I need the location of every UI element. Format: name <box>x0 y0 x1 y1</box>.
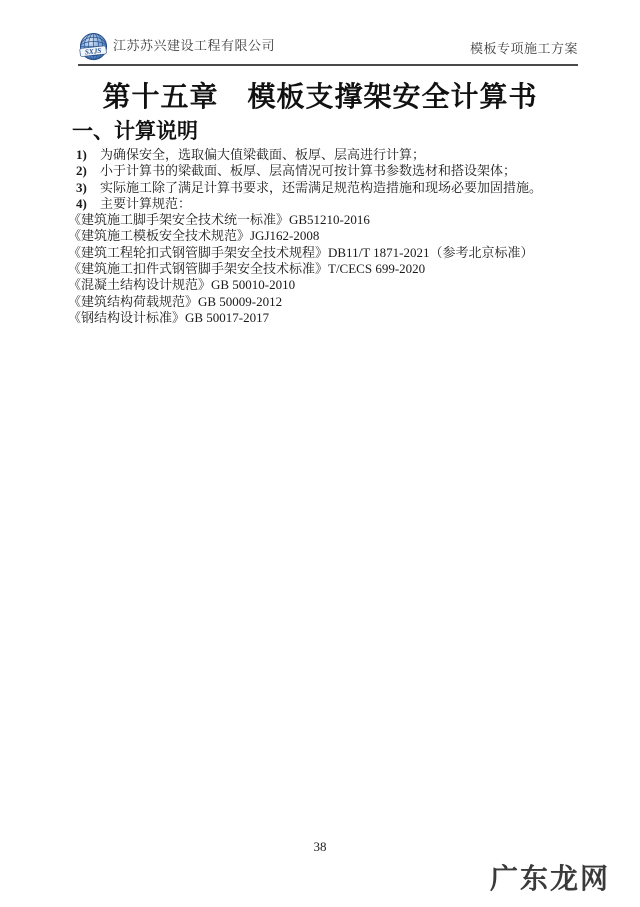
section-heading: 一、计算说明 <box>72 118 578 144</box>
chapter-title: 第十五章 模板支撑架安全计算书 <box>62 80 578 116</box>
list-item-number: 1) <box>76 147 100 163</box>
document-type-label: 模板专项施工方案 <box>470 38 578 57</box>
document-body: 第十五章 模板支撑架安全计算书 一、计算说明 1)为确保安全，选取偏大值梁截面、… <box>62 74 578 326</box>
list-item-text: 小于计算书的梁截面、板厚、层高情况可按计算书参数选材和搭设架体； <box>100 163 516 178</box>
standard-item: 《建筑施工模板安全技术规范》JGJ162-2008 <box>68 228 578 244</box>
header-left: SXJS 江苏苏兴建设工程有限公司 <box>78 32 275 57</box>
standard-item: 《建筑施工脚手架安全技术统一标准》GB51210-2016 <box>68 212 578 228</box>
company-name: 江苏苏兴建设工程有限公司 <box>113 35 275 54</box>
list-item: 1)为确保安全，选取偏大值梁截面、板厚、层高进行计算； <box>76 147 578 163</box>
standard-item: 《建筑结构荷载规范》GB 50009-2012 <box>68 294 578 310</box>
page-number: 38 <box>0 839 640 855</box>
list-item-text: 主要计算规范： <box>100 196 191 211</box>
list-item-text: 为确保安全，选取偏大值梁截面、板厚、层高进行计算； <box>100 147 425 162</box>
standard-item: 《混凝土结构设计规范》GB 50010-2010 <box>68 277 578 293</box>
list-item-number: 2) <box>76 163 100 179</box>
list-item: 2)小于计算书的梁截面、板厚、层高情况可按计算书参数选材和搭设架体； <box>76 163 578 179</box>
calculation-notes-list: 1)为确保安全，选取偏大值梁截面、板厚、层高进行计算； 2)小于计算书的梁截面、… <box>62 147 578 212</box>
standard-item: 《建筑施工扣件式钢管脚手架安全技术标准》T/CECS 699-2020 <box>68 261 578 277</box>
list-item-number: 3) <box>76 180 100 196</box>
document-page: SXJS 江苏苏兴建设工程有限公司 模板专项施工方案 第十五章 模板支撑架安全计… <box>0 0 640 907</box>
standard-item: 《钢结构设计标准》GB 50017-2017 <box>68 310 578 326</box>
standards-list: 《建筑施工脚手架安全技术统一标准》GB51210-2016 《建筑施工模板安全技… <box>62 212 578 326</box>
page-header: SXJS 江苏苏兴建设工程有限公司 模板专项施工方案 <box>78 32 578 66</box>
company-logo-globe-icon: SXJS <box>78 32 109 63</box>
watermark: 广东龙网 <box>490 857 610 897</box>
list-item-number: 4) <box>76 196 100 212</box>
logo-text: SXJS <box>85 47 102 57</box>
standard-item: 《建筑工程轮扣式钢管脚手架安全技术规程》DB11/T 1871-2021（参考北… <box>68 245 578 261</box>
list-item: 4)主要计算规范： <box>76 196 578 212</box>
list-item-text: 实际施工除了满足计算书要求，还需满足规范构造措施和现场必要加固措施。 <box>100 180 542 195</box>
list-item: 3)实际施工除了满足计算书要求，还需满足规范构造措施和现场必要加固措施。 <box>76 180 578 196</box>
